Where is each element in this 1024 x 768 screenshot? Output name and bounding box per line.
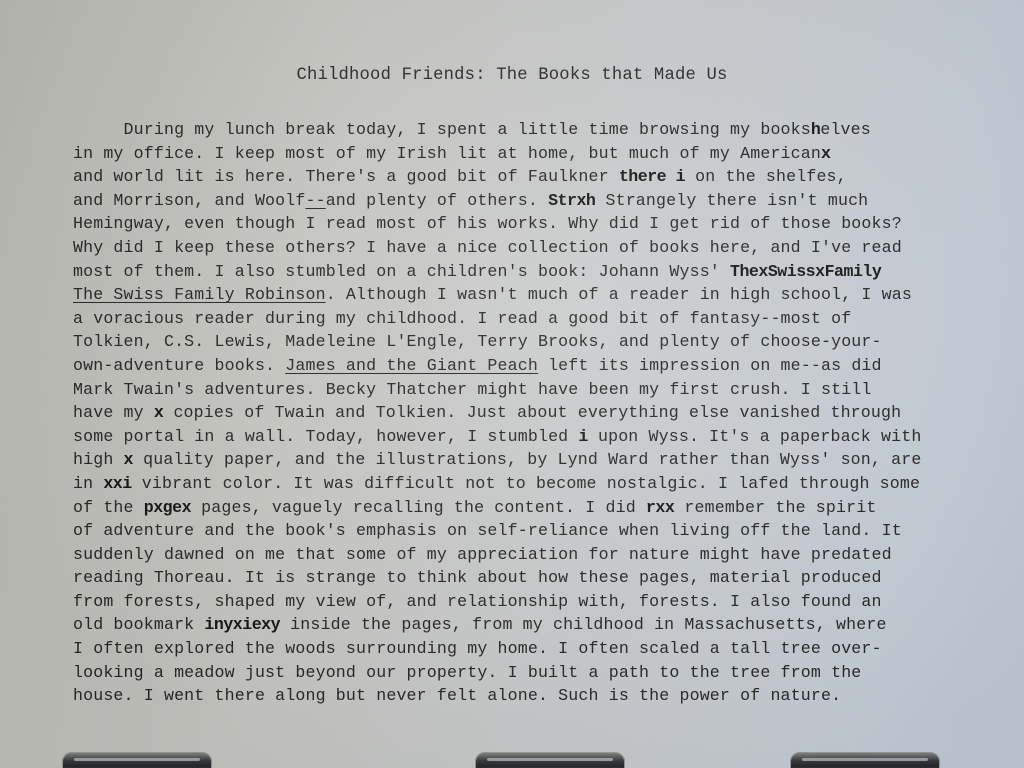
- text-line: suddenly dawned on me that some of my ap…: [73, 543, 973, 567]
- text-segment: Why did I keep these others? I have a ni…: [73, 238, 902, 257]
- text-line: in my office. I keep most of my Irish li…: [73, 142, 973, 166]
- text-segment: remember the spirit: [674, 498, 876, 517]
- underlined-title: --: [305, 191, 325, 210]
- text-line: high x quality paper, and the illustrati…: [73, 448, 973, 472]
- struck-over-typo: x: [821, 144, 830, 163]
- text-segment: reading Thoreau. It is strange to think …: [73, 568, 882, 587]
- text-segment: Strangely there isn't much: [595, 191, 868, 210]
- text-segment: suddenly dawned on me that some of my ap…: [73, 545, 892, 564]
- struck-over-typo: i: [578, 427, 587, 446]
- text-segment: high: [73, 450, 124, 469]
- text-segment: old bookmark: [73, 615, 204, 634]
- text-segment: quality paper, and the illustrations, by…: [133, 450, 921, 469]
- text-segment: and world lit is here. There's a good bi…: [73, 167, 619, 186]
- text-segment: . Although I wasn't much of a reader in …: [326, 285, 912, 304]
- text-segment: on the shelfes,: [685, 167, 847, 186]
- text-line: looking a meadow just beyond our propert…: [73, 661, 973, 685]
- text-segment: Hemingway, even though I read most of hi…: [73, 214, 902, 233]
- struck-over-typo: x: [124, 450, 133, 469]
- text-line: During my lunch break today, I spent a l…: [73, 118, 973, 142]
- text-line: from forests, shaped my view of, and rel…: [73, 590, 973, 614]
- text-line: The Swiss Family Robinson. Although I wa…: [73, 283, 973, 307]
- text-segment: some portal in a wall. Today, however, I…: [73, 427, 578, 446]
- text-line: and world lit is here. There's a good bi…: [73, 165, 973, 189]
- typewriter-key: [475, 752, 625, 768]
- typewriter-key: [790, 752, 940, 768]
- text-segment: in my office. I keep most of my Irish li…: [73, 144, 821, 163]
- struck-over-typo: rxx: [646, 498, 674, 517]
- text-segment: upon Wyss. It's a paperback with: [588, 427, 922, 446]
- underlined-title: The Swiss Family Robinson: [73, 285, 326, 304]
- typewriter-page: Childhood Friends: The Books that Made U…: [0, 0, 1024, 768]
- struck-over-typo: inyxiexy: [204, 615, 280, 634]
- page-title: Childhood Friends: The Books that Made U…: [0, 66, 1024, 85]
- text-segment: own-adventure books.: [73, 356, 285, 375]
- text-line: and Morrison, and Woolf--and plenty of o…: [73, 189, 973, 213]
- text-segment: most of them. I also stumbled on a child…: [73, 262, 730, 281]
- text-segment: inside the pages, from my childhood in M…: [280, 615, 886, 634]
- text-segment: elves: [820, 120, 871, 139]
- text-line: most of them. I also stumbled on a child…: [73, 260, 973, 284]
- text-segment: and plenty of others.: [326, 191, 548, 210]
- text-line: some portal in a wall. Today, however, I…: [73, 425, 973, 449]
- text-segment: of the: [73, 498, 144, 517]
- text-segment: left its impression on me--as did: [538, 356, 882, 375]
- text-segment: a voracious reader during my childhood. …: [73, 309, 851, 328]
- text-segment: of adventure and the book's emphasis on …: [73, 521, 902, 540]
- text-line: of the pxgex pages, vaguely recalling th…: [73, 496, 973, 520]
- text-segment: and Morrison, and Woolf: [73, 191, 305, 210]
- typed-body-text: During my lunch break today, I spent a l…: [73, 118, 973, 708]
- text-segment: have my: [73, 403, 154, 422]
- struck-over-typo: there i: [619, 167, 685, 186]
- struck-over-typo: pxgex: [144, 498, 191, 517]
- text-line: Hemingway, even though I read most of hi…: [73, 212, 973, 236]
- text-segment: During my lunch break today, I spent a l…: [73, 120, 811, 139]
- text-line: Why did I keep these others? I have a ni…: [73, 236, 973, 260]
- text-line: house. I went there along but never felt…: [73, 684, 973, 708]
- typewriter-key: [62, 752, 212, 768]
- text-line: Mark Twain's adventures. Becky Thatcher …: [73, 378, 973, 402]
- text-line: a voracious reader during my childhood. …: [73, 307, 973, 331]
- struck-over-typo: Strxh: [548, 191, 595, 210]
- text-segment: looking a meadow just beyond our propert…: [73, 663, 861, 682]
- text-segment: I often explored the woods surrounding m…: [73, 639, 882, 658]
- struck-over-typo: x: [154, 403, 163, 422]
- text-line: own-adventure books. James and the Giant…: [73, 354, 973, 378]
- text-segment: Tolkien, C.S. Lewis, Madeleine L'Engle, …: [73, 332, 882, 351]
- text-line: have my x copies of Twain and Tolkien. J…: [73, 401, 973, 425]
- text-line: of adventure and the book's emphasis on …: [73, 519, 973, 543]
- struck-over-typo: h: [811, 120, 820, 139]
- text-line: reading Thoreau. It is strange to think …: [73, 566, 973, 590]
- text-segment: pages, vaguely recalling the content. I …: [191, 498, 646, 517]
- text-line: Tolkien, C.S. Lewis, Madeleine L'Engle, …: [73, 330, 973, 354]
- struck-over-typo: xxi: [103, 474, 131, 493]
- text-line: in xxi vibrant color. It was difficult n…: [73, 472, 973, 496]
- text-segment: from forests, shaped my view of, and rel…: [73, 592, 882, 611]
- text-segment: vibrant color. It was difficult not to b…: [132, 474, 920, 493]
- text-segment: copies of Twain and Tolkien. Just about …: [163, 403, 901, 422]
- underlined-title: James and the Giant Peach: [285, 356, 538, 375]
- typewriter-keys-row: [0, 748, 1024, 768]
- text-line: I often explored the woods surrounding m…: [73, 637, 973, 661]
- struck-over-typo: ThexSwissxFamily: [730, 262, 881, 281]
- text-segment: in: [73, 474, 103, 493]
- text-segment: Mark Twain's adventures. Becky Thatcher …: [73, 380, 872, 399]
- text-line: old bookmark inyxiexy inside the pages, …: [73, 613, 973, 637]
- text-segment: house. I went there along but never felt…: [73, 686, 841, 705]
